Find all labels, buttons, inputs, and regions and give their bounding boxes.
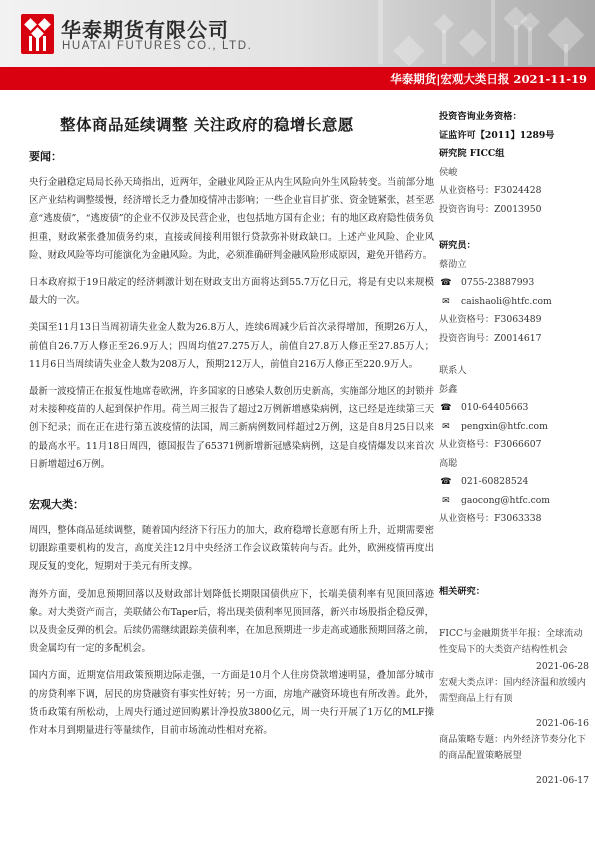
related-label: 相关研究： [439,583,589,602]
email-address[interactable]: caishaoli@htfc.com [461,296,552,307]
email-icon: ✉ [439,492,453,511]
decor-stem [514,25,518,65]
contact-name: 彭鑫 [439,381,589,400]
email-address[interactable]: gaocong@htfc.com [461,495,550,506]
email-icon: ✉ [439,418,453,437]
researcher-consult: 投资咨询号：Z0014617 [439,330,589,349]
email-address[interactable]: pengxin@htfc.com [461,421,548,432]
related-report-date: 2021-06-17 [439,773,589,789]
news-heading: 要闻： [29,148,434,164]
decor-diamond [393,35,424,66]
decor-stem [491,0,495,62]
analyst-name: 侯峻 [439,164,589,183]
phone-icon: ☎ [439,399,453,418]
phone-number: 010-64405663 [461,402,528,413]
license-number: 证监许可【2011】1289号 [439,127,589,146]
qualification-label: 投资咨询业务资格： [439,108,589,127]
researcher-phone: ☎0755-23887993 [439,274,589,293]
contact-email: ✉pengxin@htfc.com [439,418,589,437]
analyst-cert: 从业资格号：F3024428 [439,182,589,201]
researcher-name: 蔡劭立 [439,256,589,275]
macro-paragraph: 国内方面，近期宽信用政策预期边际走强，一方面是10月个人住房贷款增速明显，叠加部… [29,667,434,740]
main-content: 要闻： 央行金融稳定局局长孙天琦指出，近两年，金融业风险正从内生风险向外生风险转… [29,148,434,749]
page-header: 华泰期货有限公司 HUATAI FUTURES CO., LTD. [0,0,595,67]
email-icon: ✉ [439,293,453,312]
analyst-consult: 投资咨询号：Z0013950 [439,201,589,220]
contact-phone: ☎021-60828524 [439,473,589,492]
decor-stem [442,30,446,64]
page-title: 整体商品延续调整 关注政府的稳增长意愿 [60,113,354,135]
related-report-title[interactable]: 商品策略专题：内外经济节奏分化下的商品配置策略展望 [439,732,589,765]
news-paragraph: 央行金融稳定局局长孙天琦指出，近两年，金融业风险正从内生风险向外生风险转变。当前… [29,174,434,265]
news-paragraph: 美国至11月13日当周初请失业金人数为26.8万人，连续6周减少后首次录得增加，… [29,319,434,374]
report-banner: 华泰期货|宏观大类日报 2021-11-19 [0,67,595,90]
related-report-title[interactable]: 宏观大类点评：国内经济温和放缓内需型商品上行有顶 [439,675,589,708]
researcher-email: ✉caishaoli@htfc.com [439,293,589,312]
contact-cert: 从业资格号：F3066607 [439,436,589,455]
contact-email: ✉gaocong@htfc.com [439,492,589,511]
decor-stem [378,0,383,64]
research-group: 研究院 FICC组 [439,145,589,164]
contact-name: 高聪 [439,455,589,474]
macro-paragraph: 海外方面，受加息预期回落以及财政部计划降低长期限国债供应下，长端美债利率有见顶回… [29,586,434,659]
company-name-cn: 华泰期货有限公司 [61,14,229,43]
decor-stem [528,27,532,65]
sidebar-related: 相关研究： FICC与金融期货半年报：全球流动性变局下的大类资产结构性机会 20… [439,583,589,789]
related-report-date: 2021-06-28 [439,659,589,675]
report-label: 华泰期货|宏观大类日报 2021-11-19 [390,71,587,87]
news-paragraph: 最新一波疫情正在报复性地席卷欧洲，许多国家的日感染人数创历史新高，实施部分地区的… [29,383,434,474]
related-report-date: 2021-06-16 [439,716,589,732]
phone-number: 021-60828524 [461,476,528,487]
macro-paragraph: 周四，整体商品延续调整，随着国内经济下行压力的加大，政府稳增长意愿有所上升，近期… [29,522,434,577]
contact-cert: 从业资格号：F3063338 [439,510,589,529]
phone-number: 0755-23887993 [461,277,534,288]
decor-diamond [459,29,487,57]
phone-icon: ☎ [439,274,453,293]
news-paragraph: 日本政府拟于19日敲定的经济刺激计划在财政支出方面将达到55.7万亿日元，将是有… [29,274,434,310]
related-report-title[interactable]: FICC与金融期货半年报：全球流动性变局下的大类资产结构性机会 [439,626,589,659]
contact-phone: ☎010-64405663 [439,399,589,418]
phone-icon: ☎ [439,473,453,492]
huatai-logo-icon [21,14,54,54]
researcher-cert: 从业资格号：F3063489 [439,311,589,330]
decor-stem [564,44,568,66]
sidebar-authors: 投资咨询业务资格： 证监许可【2011】1289号 研究院 FICC组 侯峻 从… [439,108,589,529]
researcher-label: 研究员： [439,237,589,256]
contact-label: 联系人 [439,362,589,381]
macro-heading: 宏观大类： [29,496,434,512]
company-name-en: HUATAI FUTURES CO., LTD. [62,40,252,52]
